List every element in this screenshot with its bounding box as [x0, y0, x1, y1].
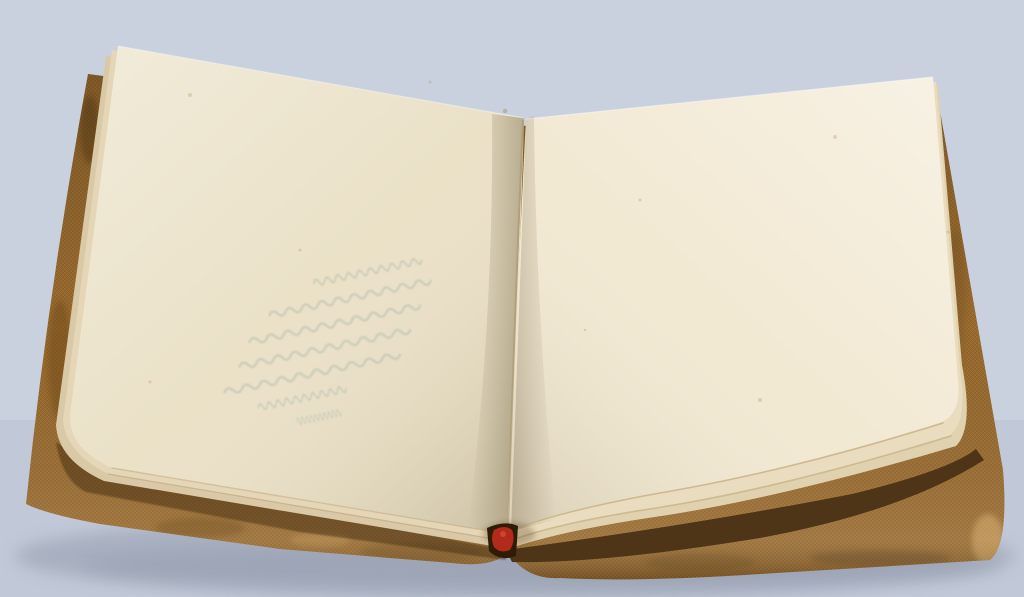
- endband-red: [492, 527, 514, 551]
- open-book-photo: [0, 0, 1024, 597]
- spine-endband: [487, 523, 518, 558]
- photo-canvas: [0, 0, 1024, 597]
- endband-highlight: [500, 531, 506, 537]
- left-page-shading: [70, 46, 524, 534]
- left-page: [70, 46, 524, 534]
